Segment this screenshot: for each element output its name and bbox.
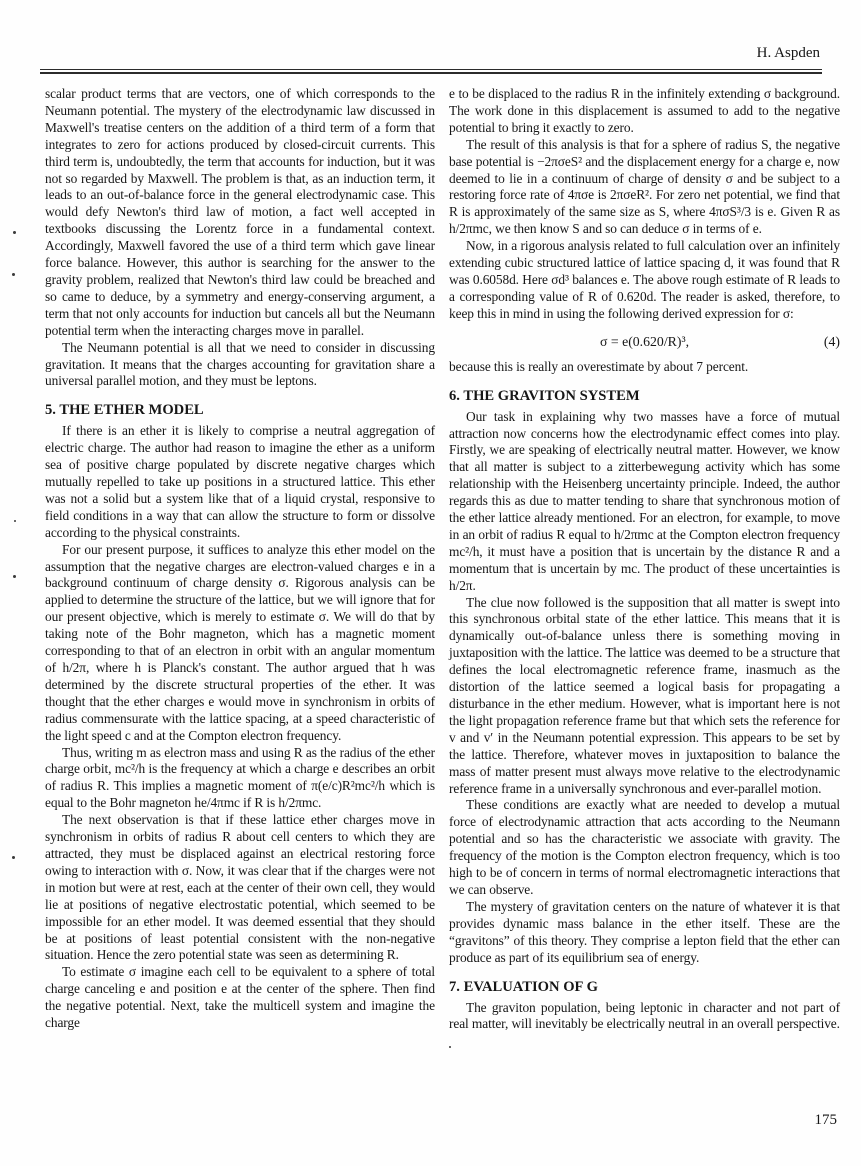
paragraph: The graviton population, being leptonic … <box>449 1000 840 1034</box>
scan-speck <box>13 575 16 578</box>
paragraph: The Neumann potential is all that we nee… <box>45 340 435 391</box>
paragraph: For our present purpose, it suffices to … <box>45 542 435 745</box>
paragraph: because this is really an overestimate b… <box>449 359 840 376</box>
paragraph: Our task in explaining why two masses ha… <box>449 409 840 595</box>
equation-number: (4) <box>824 333 840 350</box>
section-heading: 7. EVALUATION OF G <box>449 979 840 996</box>
paragraph: e to be displaced to the radius R in the… <box>449 86 840 137</box>
scan-speck <box>449 1046 451 1048</box>
section-heading: 6. THE GRAVITON SYSTEM <box>449 388 840 405</box>
scan-speck <box>13 231 16 234</box>
paragraph: The mystery of gravitation centers on th… <box>449 899 840 967</box>
paragraph: scalar product terms that are vectors, o… <box>45 86 435 340</box>
section-heading: 5. THE ETHER MODEL <box>45 402 435 419</box>
paragraph: Now, in a rigorous analysis related to f… <box>449 238 840 323</box>
paper-page: H. Aspden scalar product terms that are … <box>0 0 861 1166</box>
scan-speck <box>14 520 16 522</box>
scan-speck <box>12 273 15 276</box>
paragraph: Thus, writing m as electron mass and usi… <box>45 745 435 813</box>
right-column: e to be displaced to the radius R in the… <box>449 86 840 1033</box>
paragraph: The next observation is that if these la… <box>45 812 435 964</box>
page-number: 175 <box>815 1112 838 1129</box>
paragraph: These conditions are exactly what are ne… <box>449 797 840 898</box>
paragraph: If there is an ether it is likely to com… <box>45 423 435 541</box>
running-head: H. Aspden <box>757 44 820 62</box>
scan-speck <box>12 856 15 859</box>
two-column-body: scalar product terms that are vectors, o… <box>45 86 840 1033</box>
header-double-rule <box>40 69 822 74</box>
equation: σ = e(0.620/R)³,(4) <box>449 333 840 350</box>
paragraph: The result of this analysis is that for … <box>449 137 840 238</box>
paragraph: To estimate σ imagine each cell to be eq… <box>45 964 435 1032</box>
left-column: scalar product terms that are vectors, o… <box>45 86 435 1032</box>
paragraph: The clue now followed is the supposition… <box>449 595 840 798</box>
equation-formula: σ = e(0.620/R)³, <box>600 334 689 349</box>
